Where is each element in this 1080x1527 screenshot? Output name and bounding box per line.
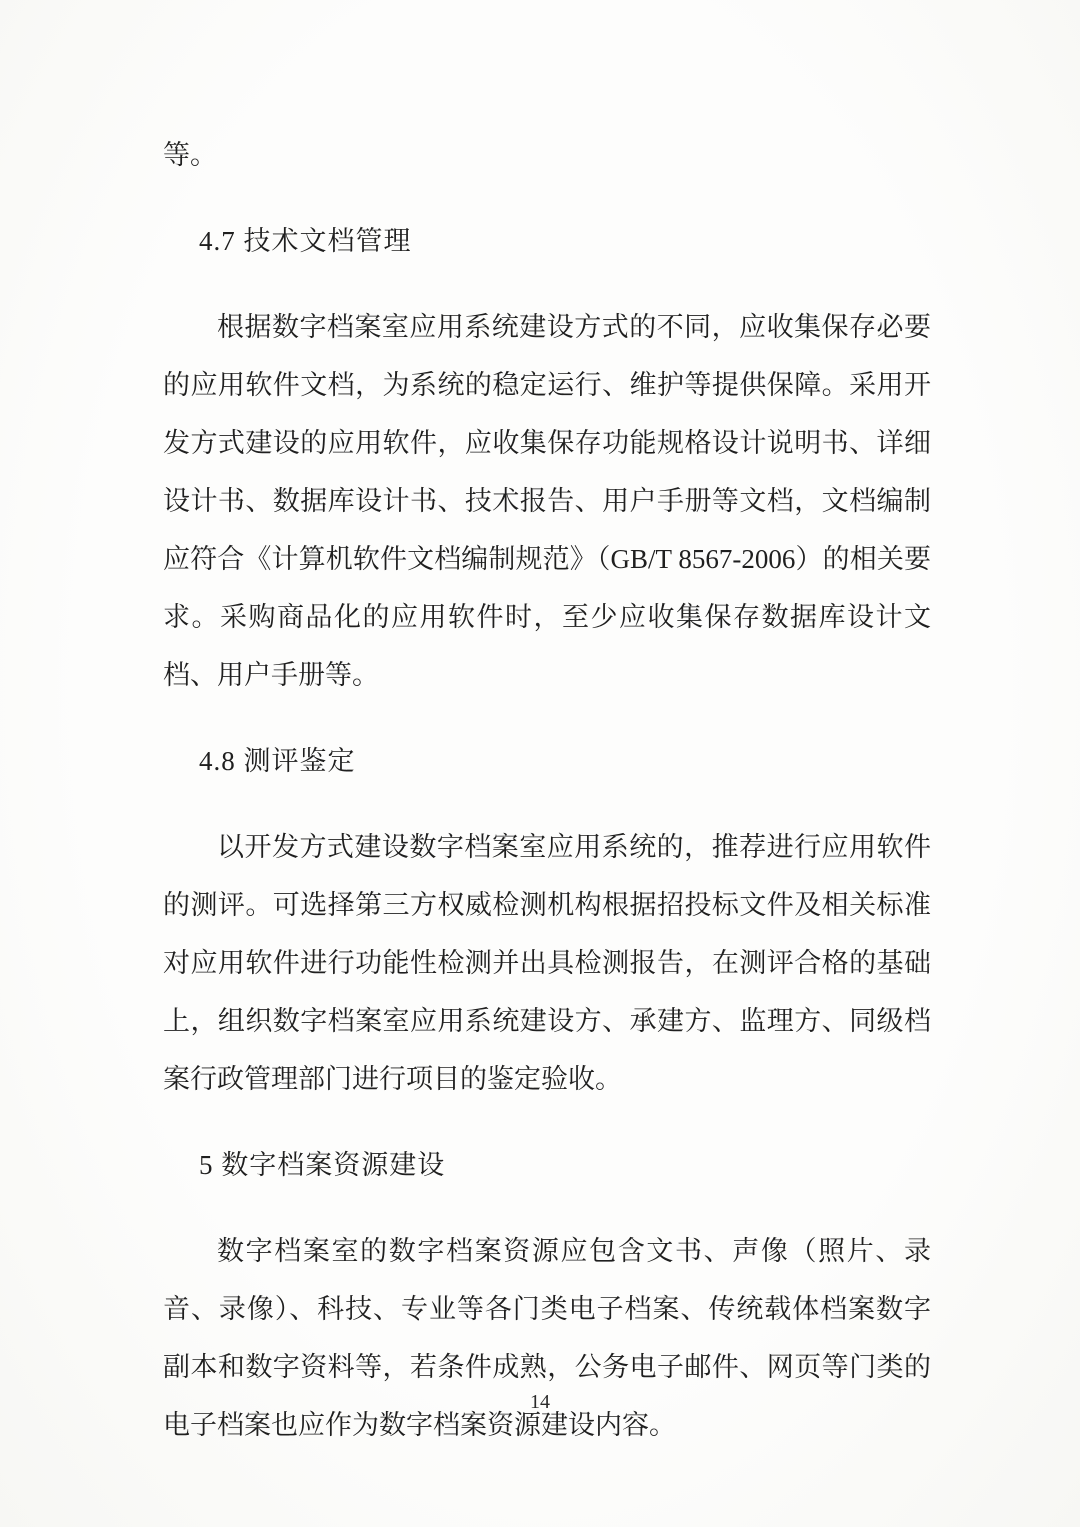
section-4-8-paragraph: 以开发方式建设数字档案室应用系统的，推荐进行应用软件的测评。可选择第三方权威检测… [163,818,931,1108]
page-content: 等。 4.7 技术文档管理 根据数字档案室应用系统建设方式的不同，应收集保存必要… [163,126,931,1454]
continuation-paragraph: 等。 [163,126,931,184]
document-page: 等。 4.7 技术文档管理 根据数字档案室应用系统建设方式的不同，应收集保存必要… [0,0,1080,1527]
section-heading-4-7: 4.7 技术文档管理 [163,212,931,270]
section-4-7-paragraph: 根据数字档案室应用系统建设方式的不同，应收集保存必要的应用软件文档，为系统的稳定… [163,298,931,704]
page-number: 14 [0,1390,1080,1414]
section-5-paragraph: 数字档案室的数字档案资源应包含文书、声像（照片、录音、录像）、科技、专业等各门类… [163,1222,931,1454]
section-heading-5: 5 数字档案资源建设 [163,1136,931,1194]
section-heading-4-8: 4.8 测评鉴定 [163,732,931,790]
